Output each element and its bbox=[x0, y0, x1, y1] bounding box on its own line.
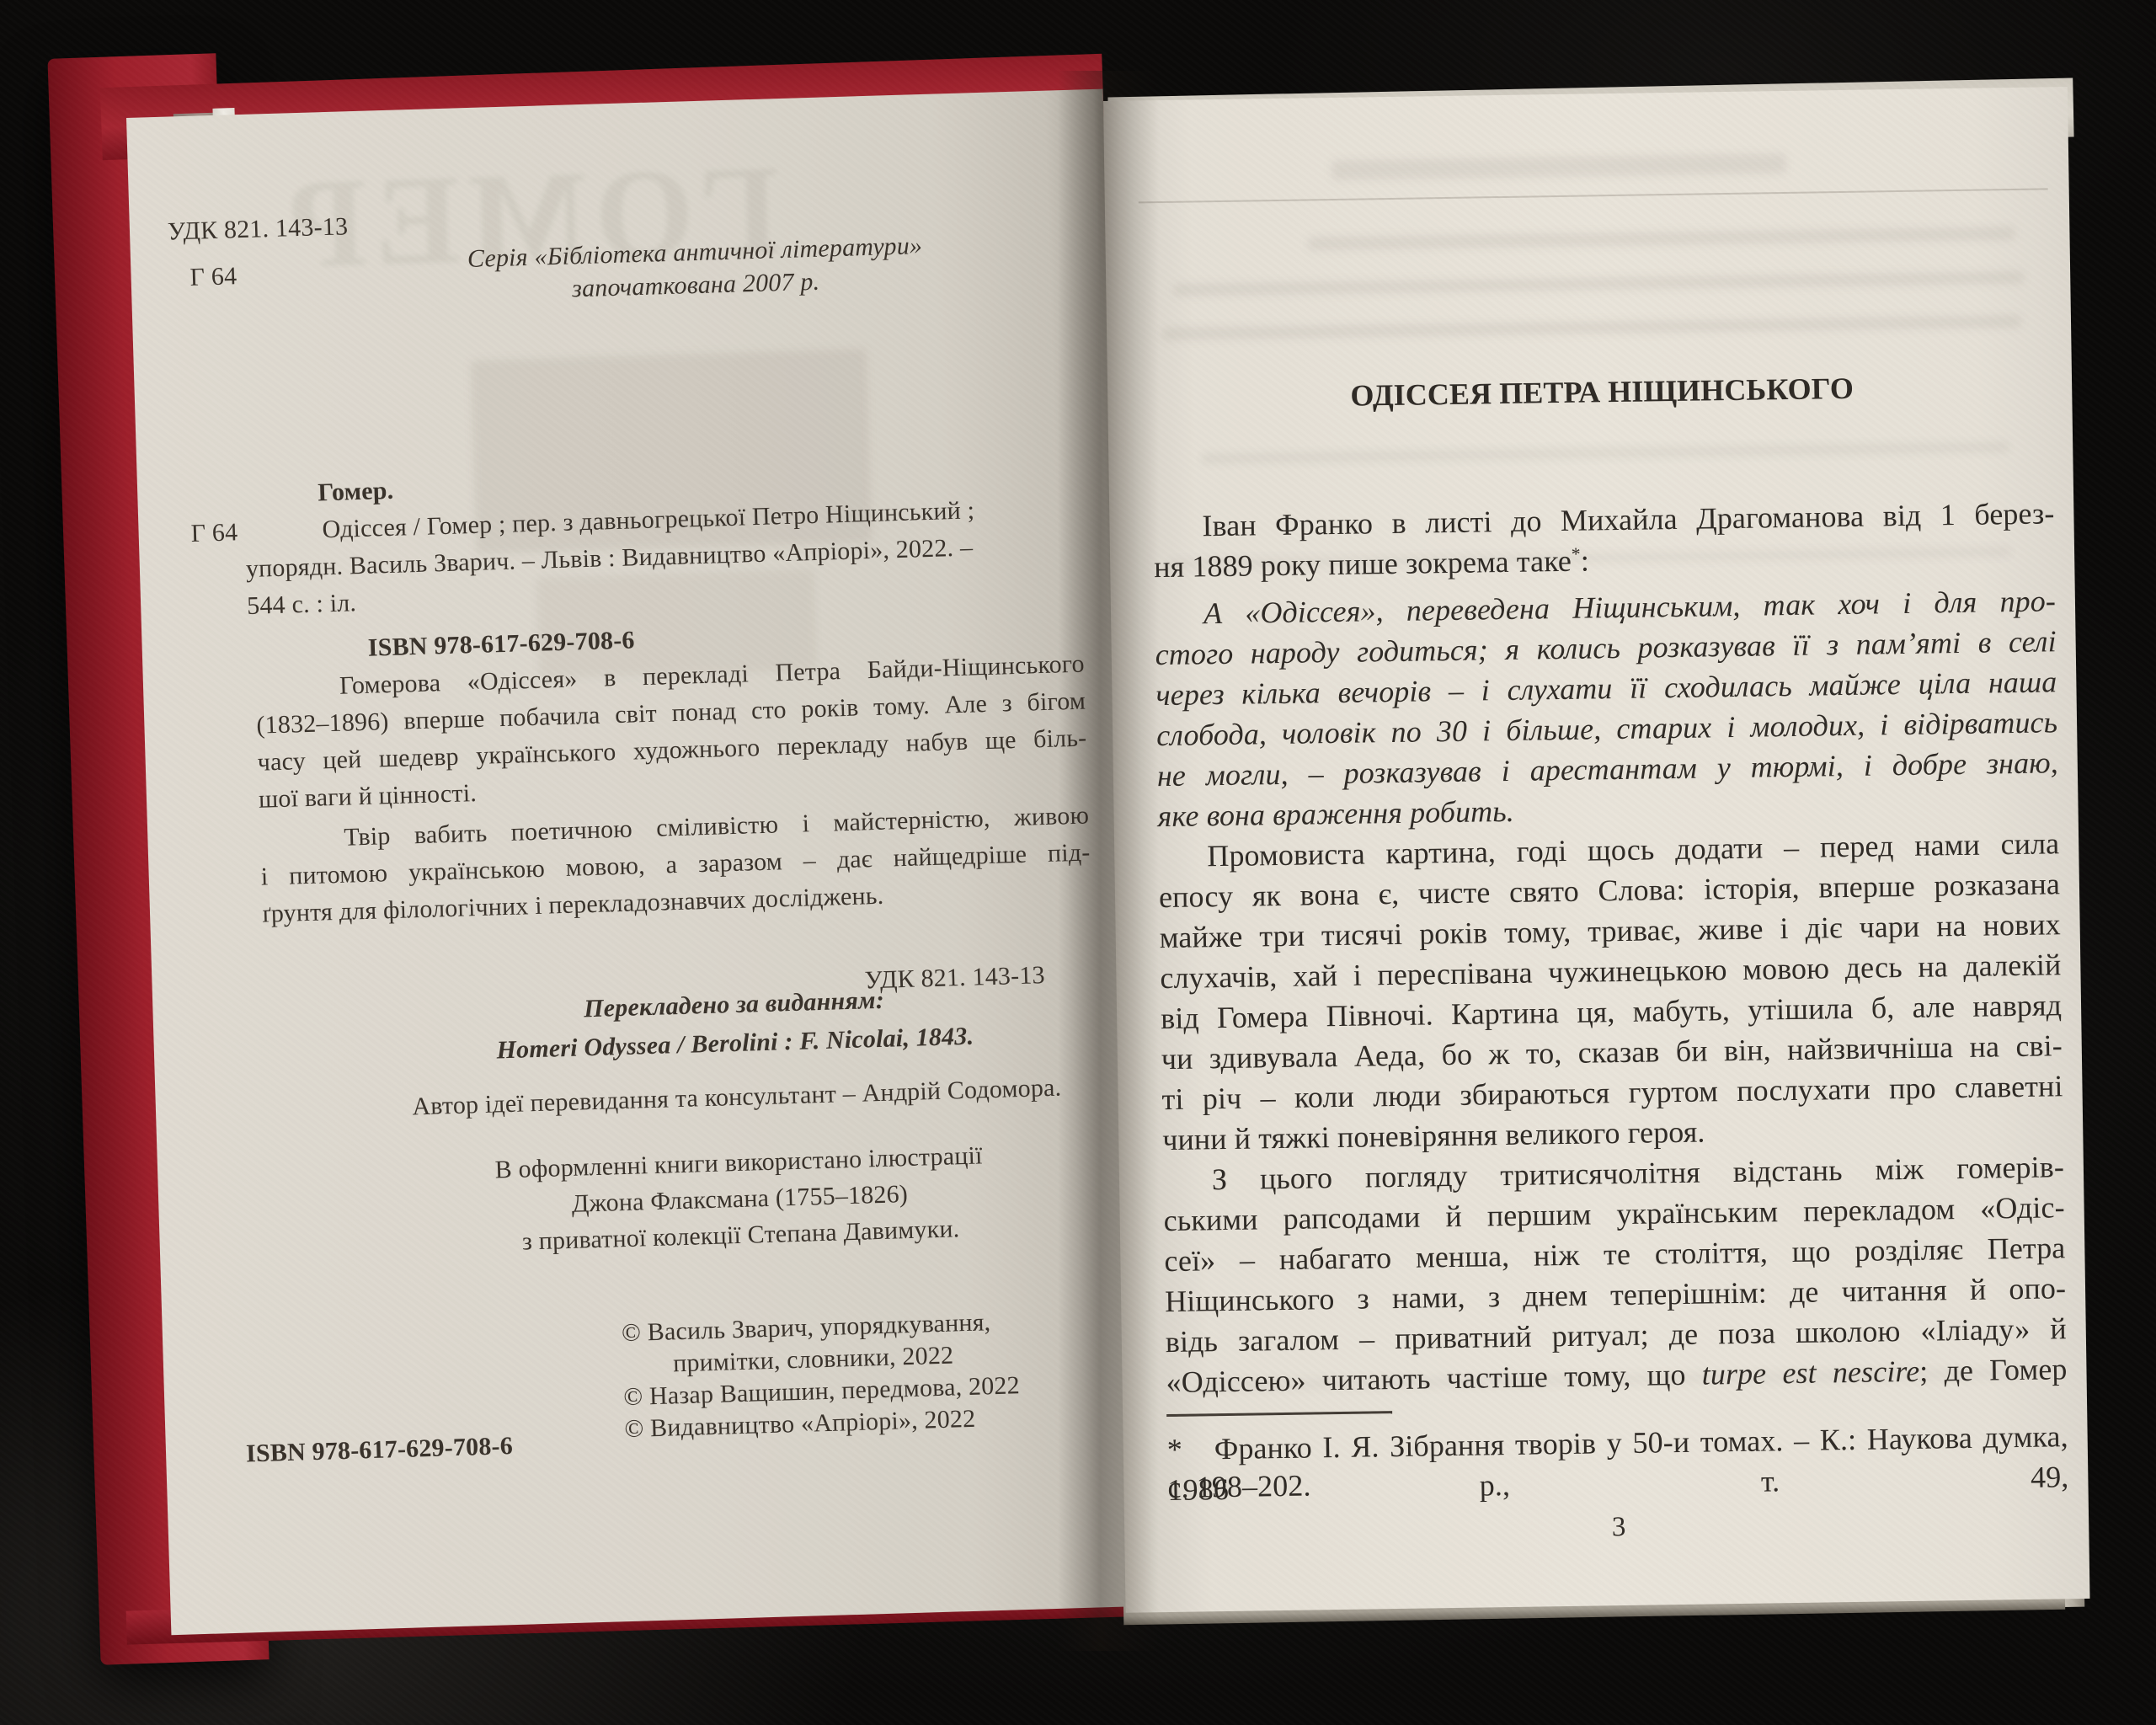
book-photo-scene: ГОМЕР УДК 821. 143-13 Г 64 Серія «Бібліо… bbox=[0, 0, 2156, 1725]
preface-line-text: ня 1889 року пише зокрема таке bbox=[1154, 544, 1572, 584]
preface-line-text: : bbox=[1581, 544, 1590, 578]
show-through-text-line bbox=[1307, 227, 2015, 250]
footnote-marker: * bbox=[1166, 1433, 1182, 1466]
catalog-author: Гомер. bbox=[318, 473, 394, 512]
catalog-margin-code: Г 64 bbox=[190, 514, 238, 553]
preface-line-text: «Одіссею» читають частіше тому, що bbox=[1166, 1358, 1702, 1399]
show-through-text-line bbox=[1173, 271, 2024, 296]
page-number: 3 bbox=[1168, 1500, 2070, 1554]
latin-phrase: turpe est nescire bbox=[1701, 1354, 1919, 1391]
show-through-text-line bbox=[1201, 441, 2009, 464]
show-through-text-line bbox=[1162, 315, 2021, 340]
imprint-page: ГОМЕР УДК 821. 143-13 Г 64 Серія «Бібліо… bbox=[126, 89, 1148, 1636]
catalog-code-top: Г 64 bbox=[189, 258, 237, 296]
footnote-reference-asterisk: * bbox=[1572, 544, 1581, 564]
udk-top: УДК 821. 143-13 bbox=[167, 208, 348, 250]
catalog-line: 544 с. : іл. bbox=[247, 585, 357, 625]
chapter-title: ОДІССЕЯ ПЕТРА НІЩИНСЬКОГО bbox=[1151, 365, 2053, 419]
idea-author-line: Автор ідеї перевидання та консультант – … bbox=[315, 1066, 1158, 1129]
preface-page: ОДІССЕЯ ПЕТРА НІЩИНСЬКОГО Іван Франко в … bbox=[1103, 87, 2090, 1613]
preface-line-text: ; де Гомер bbox=[1919, 1352, 2068, 1388]
isbn-bottom: ISBN 978-617-629-708-6 bbox=[245, 1428, 513, 1472]
footnote-rule bbox=[1166, 1411, 1392, 1417]
show-through-running-header bbox=[1331, 153, 1786, 180]
show-through-header-rule bbox=[1139, 188, 2048, 203]
